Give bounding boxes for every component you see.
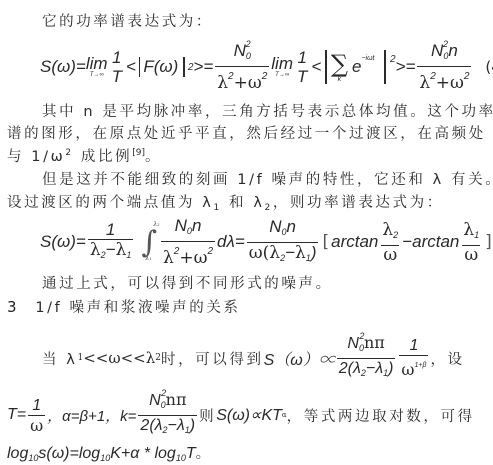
equation-number-4: (4)	[485, 58, 493, 76]
paragraph-5: T= 1 ω ，α=β+1，k= N0nπ2 2(λ2−λ1) 则 S(ω)∝K…	[7, 390, 475, 440]
abs-bar-right-2	[384, 50, 386, 84]
para5-frac-k: N0nπ2 2(λ2−λ1)	[138, 390, 197, 440]
paragraph-2-line-2: 设过渡区的两个端点值为 λ1 和 λ2，则功率谱表达式为：	[7, 191, 444, 213]
eq5-frac-1-over-lambda-diff: 1 λ2−λ1	[88, 220, 134, 265]
right-bracket: ]	[485, 232, 492, 252]
paragraph-1-line-3: 与 1/ω2 成比例[9]。	[7, 145, 162, 166]
section-title: 1/f 噪声和浆液噪声的关系	[35, 300, 240, 316]
paragraph-3: 通过上式，可以得到不同形式的噪声。	[42, 272, 333, 293]
integral-symbol: ∫λ₂λ₁	[141, 225, 157, 260]
intro-text: 它的功率谱表达式为：	[42, 10, 213, 31]
eq4-lim: lim T→∞	[86, 55, 108, 79]
eq5-frac-result: N0n ω(λ2−λ1)	[247, 217, 319, 268]
para4-frac: N0nπ2 2(λ2−λ1)	[337, 333, 396, 383]
equation-4: S(ω)= lim T→∞ 1 T < F(ω) 2 >= N0 2 λ2+ω2…	[40, 38, 493, 96]
sum-symbol: ∑ k	[331, 52, 348, 83]
eq4-lim-2: lim T→∞	[271, 55, 293, 79]
abs-bar-left-2	[325, 50, 327, 84]
eq4-frac-N0-over-lambda: N0 2 λ2+ω2	[215, 41, 269, 93]
equation-5: S(ω)= 1 λ2−λ1 ∫λ₂λ₁ N0n λ2+ω2 dλ= N0n ω(…	[40, 218, 493, 266]
eq5-frac-lambda1-over-omega: λ1 ω	[461, 220, 481, 265]
section-heading: 3 1/f 噪声和浆液噪声的关系	[7, 296, 241, 317]
paragraph-2-line-1: 但是这并不能细致的刻画 1/f 噪声的特性，它还和 λ 有关。	[42, 168, 493, 189]
paragraph-4: 当 λ1<<ω<<λ2 时，可以得到 S（ω）∝ N0nπ2 2(λ2−λ1) …	[42, 330, 465, 386]
eq4-frac-1-over-T: 1 T	[110, 48, 124, 86]
eq4-frac-1-over-T-2: 1 T	[295, 48, 309, 86]
section-number: 3	[7, 298, 17, 316]
eq5-frac-lambda2-over-omega: λ2 ω	[380, 220, 400, 265]
eq5-frac-integrand: N0n λ2+ω2	[161, 216, 215, 268]
abs-bar-left	[139, 57, 141, 77]
para5-frac-1-over-omega: 1 ω	[28, 396, 45, 435]
paragraph-6-log-equation: log10s(ω)=log10K+α * log10T。	[7, 442, 213, 463]
left-bracket: [	[322, 232, 329, 252]
citation-ref: [9]	[132, 148, 145, 158]
abs-bar-right	[183, 57, 185, 77]
paragraph-1-line-2: 谱的图形，在原点处近乎平直，然后经过一个过渡区，在高频处	[7, 122, 486, 143]
paragraph-1-line-1: 其中 n 是平均脉冲率，三角方括号表示总体均值。这个功率	[42, 100, 493, 121]
eq4-frac-N0n-over-lambda: N0n 2 λ2+ω2	[417, 41, 471, 93]
para4-frac-1-over-omega: 1 ω1+β	[399, 336, 428, 380]
eq4-lhs: S(ω)=	[40, 57, 86, 77]
